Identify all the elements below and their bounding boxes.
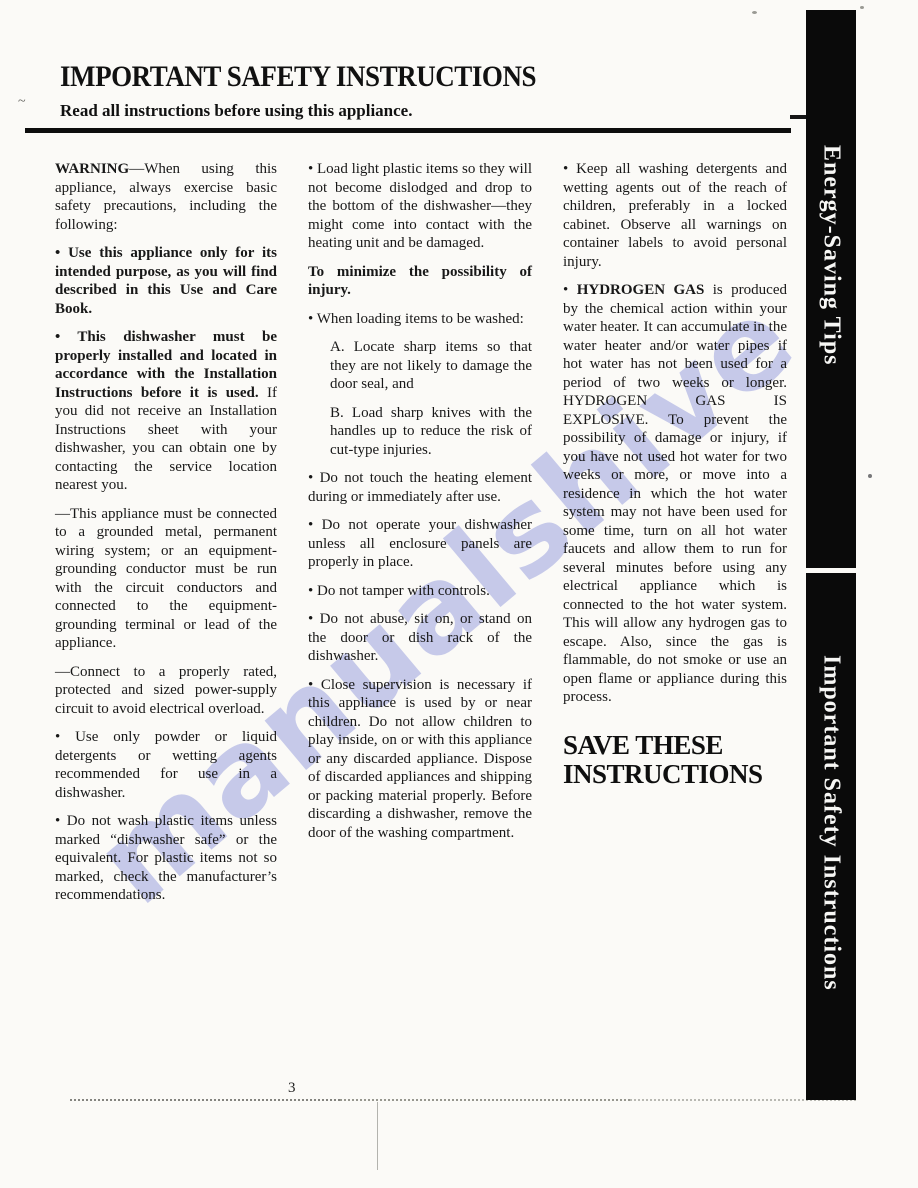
section-heading: SAVE THESE INSTRUCTIONS xyxy=(563,731,787,789)
scan-artifact-tilde: ~ xyxy=(18,94,26,110)
header-rule xyxy=(25,128,791,133)
manual-page: ~ IMPORTANT SAFETY INSTRUCTIONS Read all… xyxy=(0,0,918,1188)
section-heading: To minimize the possibility of injury. xyxy=(308,263,532,300)
sidebar-tab-important-safety-instructions: Important Safety Instructions xyxy=(806,573,856,1100)
paragraph: —Connect to a properly rated, protected … xyxy=(55,663,277,719)
paragraph: —This appliance must be connected to a g… xyxy=(55,505,277,653)
paragraph: • Load light plastic items so they will … xyxy=(308,160,532,253)
page-title: IMPORTANT SAFETY INSTRUCTIONS xyxy=(60,60,726,94)
paragraph: • Do not abuse, sit on, or stand on the … xyxy=(308,610,532,666)
scan-speck xyxy=(868,474,872,478)
text-column-1: WARNING—When using this appliance, alway… xyxy=(55,160,277,915)
sidebar-tab-label: Important Safety Instructions xyxy=(818,655,845,1100)
paragraph: • HYDROGEN GAS is produced by the chemic… xyxy=(563,281,787,707)
paragraph: WARNING—When using this appliance, alway… xyxy=(55,160,277,234)
paragraph: • Do not wash plastic items unless marke… xyxy=(55,812,277,905)
sidebar-tab-energy-saving-tips: Energy-Saving Tips xyxy=(806,10,856,568)
text-column-2: • Load light plastic items so they will … xyxy=(308,160,532,852)
paragraph: • When loading items to be washed: xyxy=(308,310,532,329)
paragraph: • Use only powder or liquid detergents o… xyxy=(55,728,277,802)
footer-dotted-rule xyxy=(70,1099,340,1101)
paragraph: • Do not tamper with controls. xyxy=(308,582,532,601)
text-column-3: • Keep all washing detergents and wettin… xyxy=(563,160,787,799)
page-header: IMPORTANT SAFETY INSTRUCTIONS Read all i… xyxy=(60,60,800,121)
page-subtitle: Read all instructions before using this … xyxy=(60,101,800,121)
scan-artifact-vertical-line xyxy=(377,1102,378,1170)
paragraph: • This dishwasher must be properly insta… xyxy=(55,328,277,495)
scan-speck xyxy=(860,6,864,9)
paragraph: B. Load sharp knives with the handles up… xyxy=(330,404,532,460)
paragraph: • Use this appliance only for its intend… xyxy=(55,244,277,318)
paragraph: • Do not operate your dishwasher unless … xyxy=(308,516,532,572)
sidebar-tab-label: Energy-Saving Tips xyxy=(818,145,845,568)
page-number: 3 xyxy=(288,1080,296,1097)
footer-dotted-rule xyxy=(340,1099,630,1101)
paragraph: A. Locate sharp items so that they are n… xyxy=(330,338,532,394)
paragraph: • Close supervision is necessary if this… xyxy=(308,676,532,843)
scan-speck xyxy=(752,11,757,14)
paragraph: • Keep all washing detergents and wettin… xyxy=(563,160,787,271)
paragraph: • Do not touch the heating element durin… xyxy=(308,469,532,506)
